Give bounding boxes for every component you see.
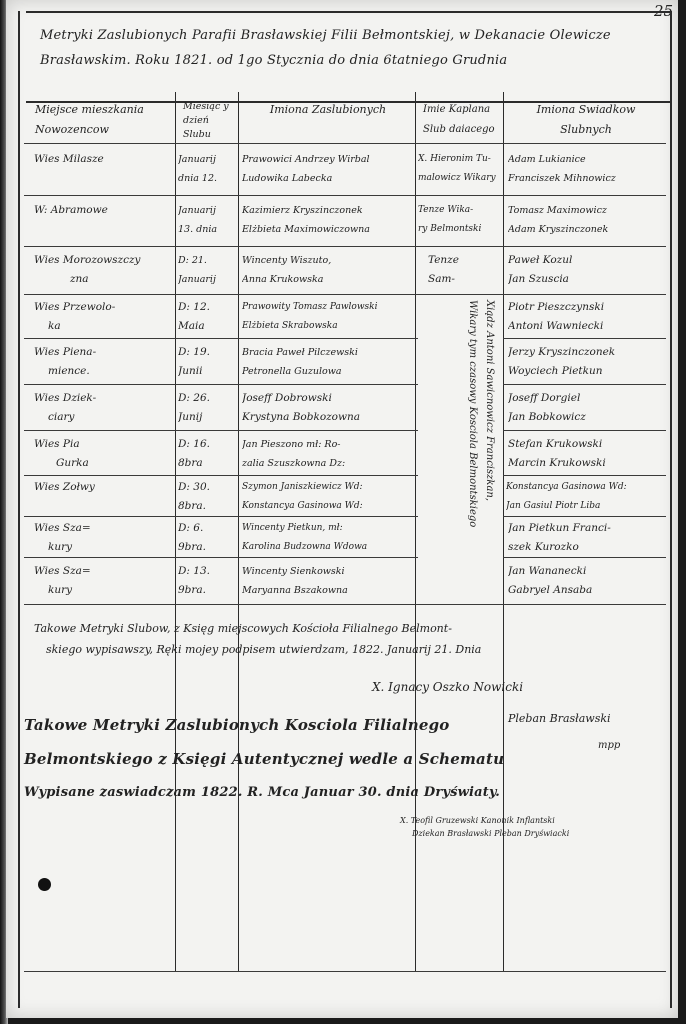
row-rule: [503, 384, 666, 385]
row-witnesses: Jan WananeckiGabryel Ansaba: [508, 562, 664, 600]
row-date: D: 21.Januarij: [178, 251, 238, 289]
row-witnesses: Piotr PieszczynskiAntoni Wawniecki: [508, 298, 664, 336]
row-couple: Jan Pieszono mł: Ro-zalia Szuszkowna Dz:: [242, 435, 414, 473]
row-date: Januarijdnia 12.: [178, 150, 238, 188]
register-title: Metryki Zaslubionych Parafii Brasławskie…: [40, 23, 660, 73]
row-witnesses: Joseff DorgielJan Bobkowicz: [508, 389, 664, 427]
row-place: Wies Milasze: [34, 150, 174, 169]
column-rule: [415, 92, 416, 972]
row-couple: Prawowici Andrzey WirbalLudowika Labecka: [242, 150, 414, 188]
row-rule: [503, 430, 666, 431]
row-rule: [24, 475, 418, 476]
column-rule: [238, 92, 239, 972]
row-place: Wies Przewolo-ka: [34, 298, 174, 336]
certification-text: Takowe Metryki Zaslubionych Kosciola Fil…: [24, 708, 504, 810]
column-header-place: Miejsce mieszkania Nowozencow: [30, 96, 176, 142]
column-rule: [175, 92, 176, 972]
row-rule: [24, 430, 418, 431]
row-witnesses: Adam LukianiceFranciszek Mihnowicz: [508, 150, 664, 188]
row-date: D: 30.8bra.: [178, 478, 238, 516]
register-header: Metryki Zaslubionych Parafii Brasławskie…: [26, 11, 670, 103]
row-rule: [24, 195, 666, 196]
row-date: D: 13.9bra.: [178, 562, 238, 600]
attestation-signature: X. Ignacy Oszko Nowicki: [372, 680, 523, 694]
row-date: D: 19.Junii: [178, 343, 238, 381]
row-couple: Wincenty Wiszuto,Anna Krukowska: [242, 251, 414, 289]
row-rule: [503, 557, 666, 558]
row-witnesses: Konstancya Gasinowa Wd:Jan Gasiul Piotr …: [506, 478, 664, 516]
row-priest: Tenze Wika-ry Belmontski: [418, 201, 503, 239]
row-priest: X. Hieronim Tu-malowicz Wikary: [418, 150, 503, 188]
row-date: D: 6.9bra.: [178, 519, 238, 557]
row-couple: Kazimierz KryszinczonekElżbieta Maximowi…: [242, 201, 414, 239]
row-date: Januarij13. dnia: [178, 201, 238, 239]
bottom-rule: [24, 971, 666, 972]
ink-blot: [38, 878, 51, 891]
row-priest: TenzeSam-: [428, 251, 503, 289]
column-header-witnesses: Imiona Swiadkow Slubnych: [506, 96, 666, 142]
row-rule: [24, 338, 418, 339]
row-rule: [24, 557, 418, 558]
row-couple: Prawowity Tomasz PawlowskiElżbieta Skrab…: [242, 298, 414, 336]
row-rule: [24, 246, 666, 247]
row-rule: [503, 475, 666, 476]
row-date: D: 26.Junij: [178, 389, 238, 427]
row-rule: [503, 338, 666, 339]
column-header-date: Miesiąc y dzień Slubu: [178, 96, 238, 142]
row-place: Wies Sza=kury: [34, 562, 174, 600]
row-rule: [503, 516, 666, 517]
row-place: Wies Dziek-ciary: [34, 389, 174, 427]
row-place: W: Abramowe: [34, 201, 174, 220]
row-rule: [24, 143, 666, 144]
row-couple: Bracia Paweł PilczewskiPetronella Guzulo…: [242, 343, 414, 381]
row-date: D: 12.Maia: [178, 298, 238, 336]
row-witnesses: Stefan KrukowskiMarcin Krukowski: [508, 435, 664, 473]
row-rule: [24, 516, 418, 517]
row-place: Wies Zołwy: [34, 478, 174, 497]
row-place: Wies Morozowszczyzna: [34, 251, 174, 289]
row-witnesses: Tomasz MaximowiczAdam Kryszinczonek: [508, 201, 664, 239]
row-couple: Joseff DobrowskiKrystyna Bobkozowna: [242, 389, 414, 427]
row-rule: [24, 604, 666, 605]
row-place: Wies Piena-mience.: [34, 343, 174, 381]
row-place: Wies PiaGurka: [34, 435, 174, 473]
row-couple: Szymon Janiszkiewicz Wd:Konstancya Gasin…: [242, 478, 414, 516]
priest-vertical-note: Xiądz Antoni Sawicnowicz Franciszkan, Wi…: [458, 300, 498, 600]
column-rule: [503, 92, 504, 972]
attestation-mp: mpp: [598, 740, 620, 751]
row-witnesses: Jan Pietkun Franci-szek Kurozko: [508, 519, 664, 557]
row-witnesses: Jerzy KryszinczonekWoyciech Pietkun: [508, 343, 664, 381]
row-rule: [24, 294, 666, 295]
column-header-couple: Imiona Zaslubionych: [240, 96, 416, 142]
attestation-signature-title: Pleban Brasławski: [508, 712, 611, 725]
row-couple: Wincenty SienkowskiMaryanna Bszakowna: [242, 562, 414, 600]
attestation-text: Takowe Metryki Slubow, z Księg miejscowy…: [34, 618, 481, 660]
row-rule: [24, 384, 418, 385]
row-date: D: 16.8bra: [178, 435, 238, 473]
column-header-priest: Imie Kaplana Slub daiacego: [418, 96, 504, 142]
row-witnesses: Paweł KozulJan Szuscia: [508, 251, 664, 289]
row-couple: Wincenty Pietkun, mł:Karolina Budzowna W…: [242, 519, 414, 557]
row-place: Wies Sza=kury: [34, 519, 174, 557]
certification-signature: X. Teofil Gruzewski Kanonik Inflantski D…: [400, 814, 569, 840]
